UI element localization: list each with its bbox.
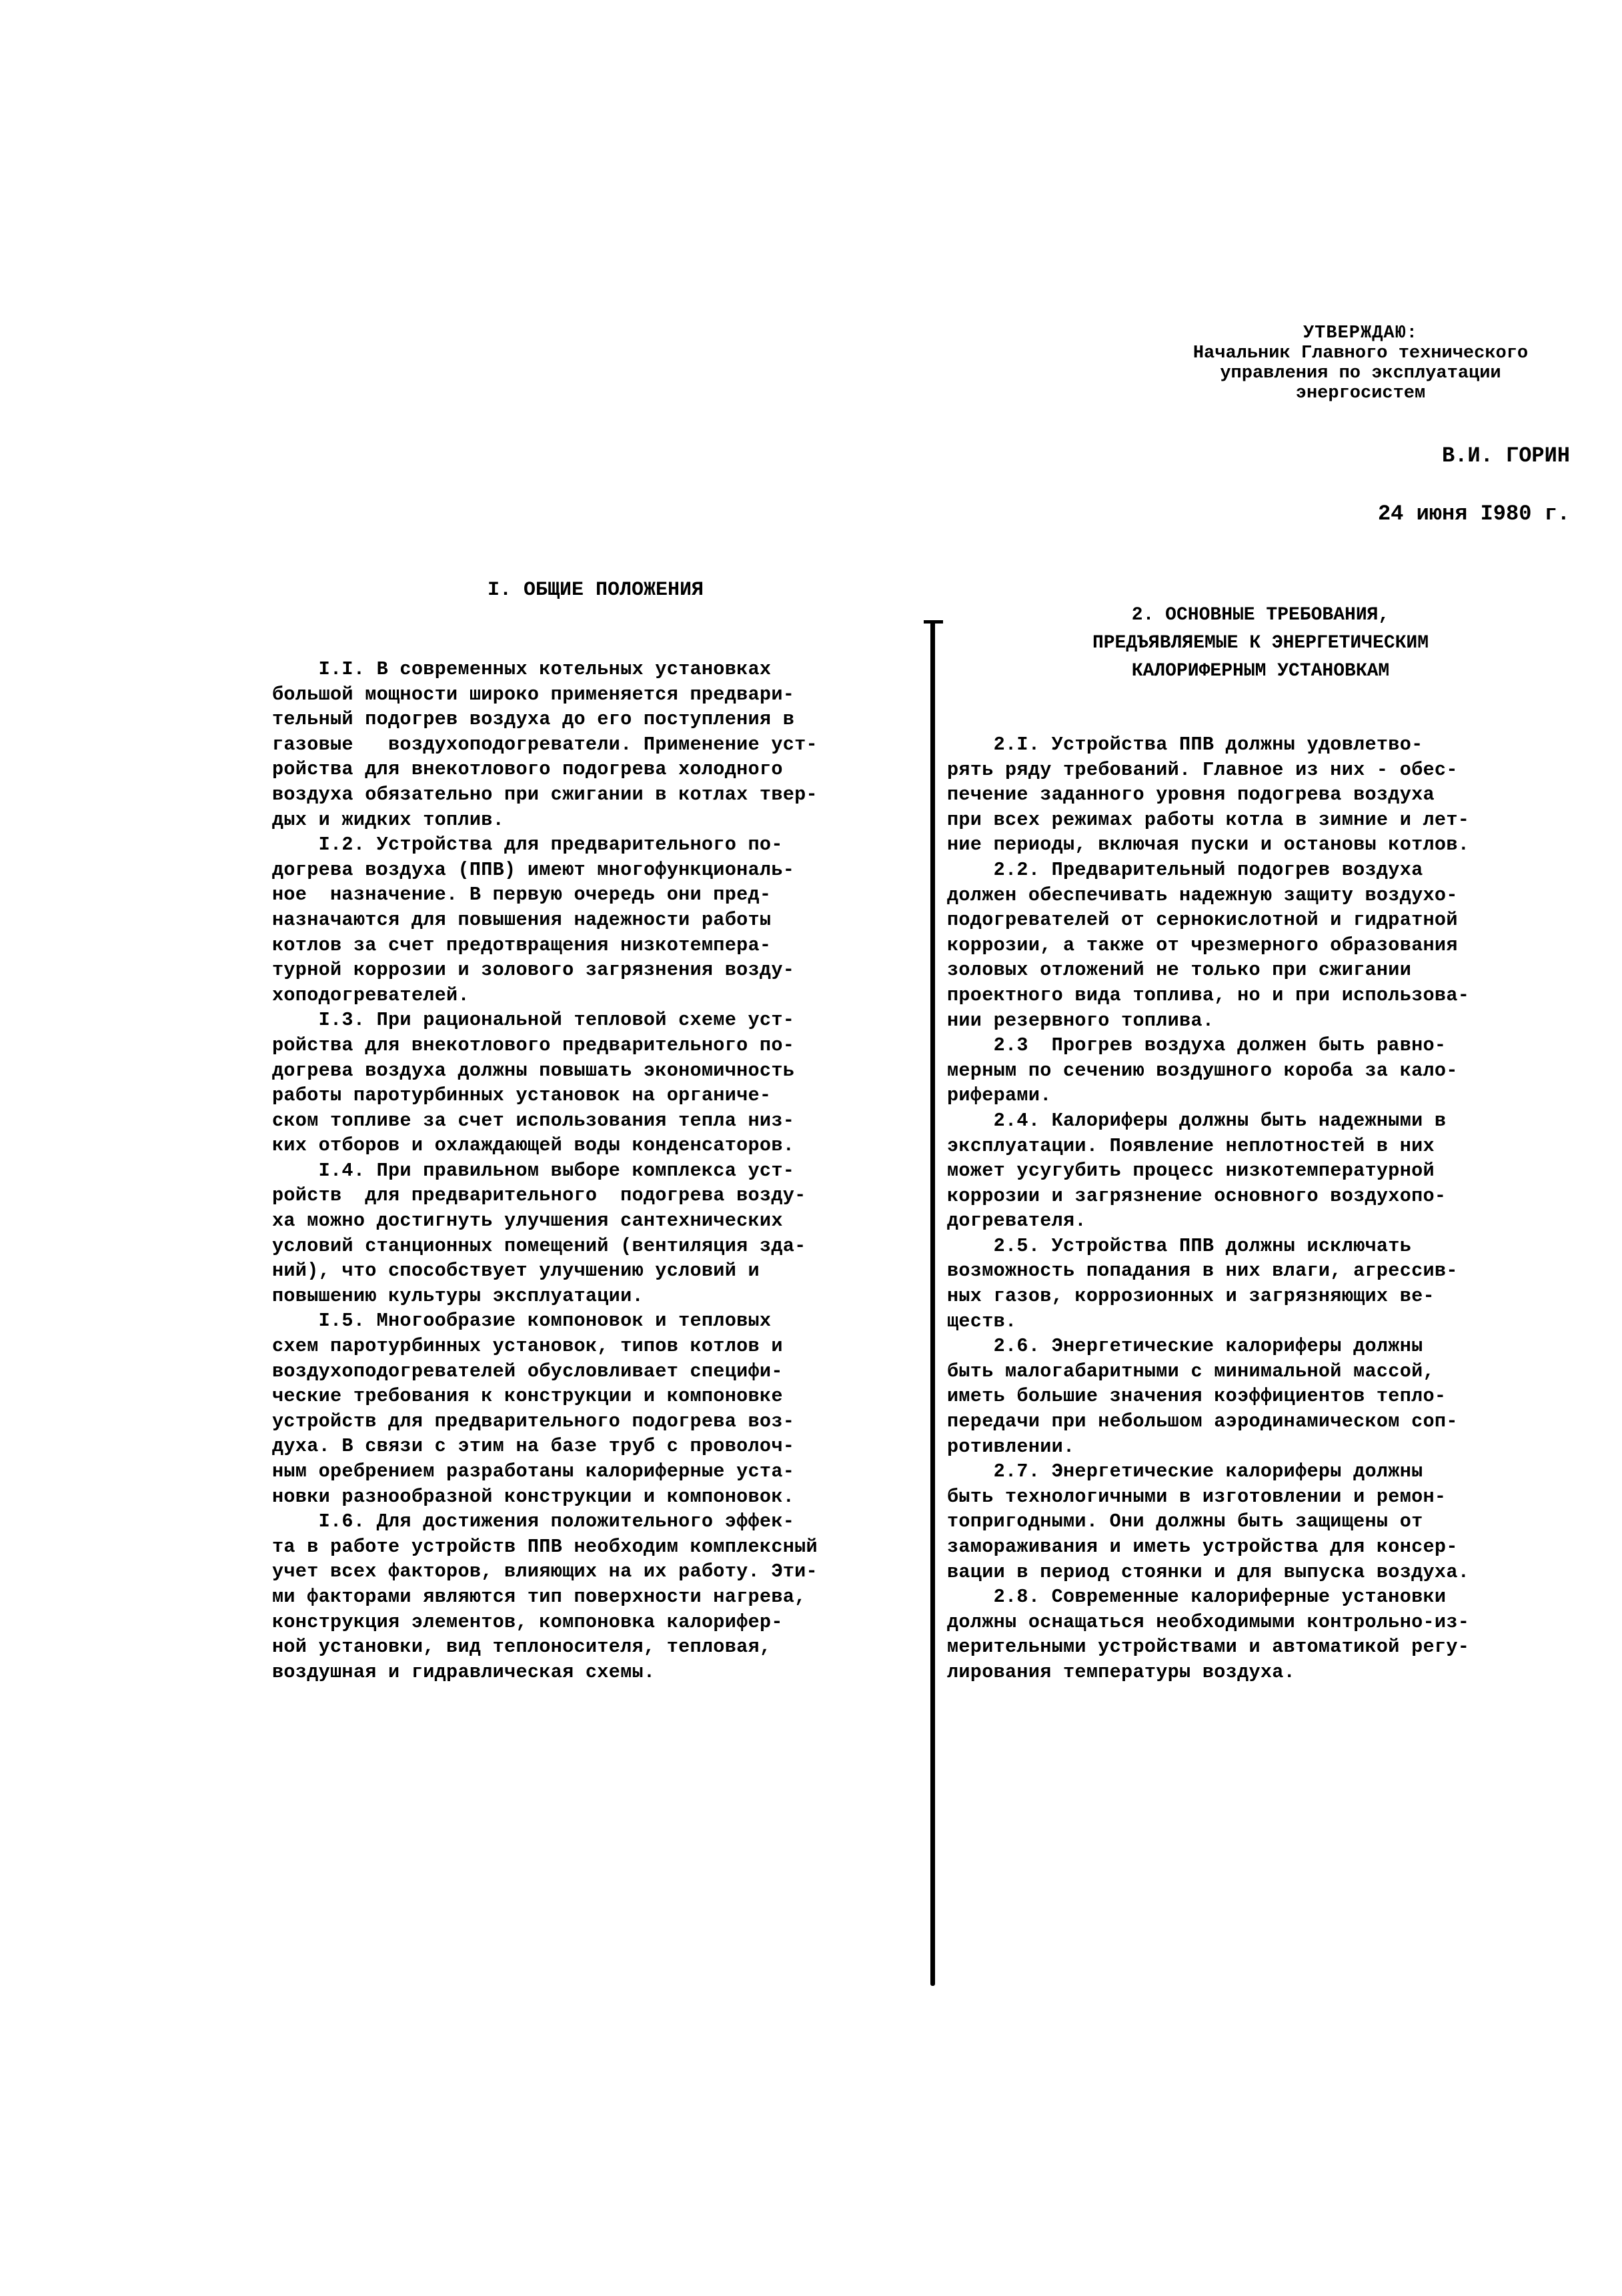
- paragraph-line: передачи при небольшом аэродинамическом …: [947, 1409, 1574, 1434]
- section-2-heading-line: ПРЕДЪЯВЛЯЕМЫЕ К ЭНЕРГЕТИЧЕСКИМ: [947, 630, 1574, 658]
- paragraph-line: условий станционных помещений (вентиляци…: [272, 1234, 919, 1259]
- section-2-body: 2.I. Устройства ППВ должны удовлетво-рят…: [947, 732, 1574, 1685]
- paragraph-line: I.I. В современных котельных установках: [272, 657, 919, 682]
- paragraph-line: коррозии, а также от чрезмерного образов…: [947, 933, 1574, 958]
- paragraph-line: схем паротурбинных установок, типов котл…: [272, 1334, 919, 1359]
- paragraph-I-4: I.4. При правильном выборе комплекса уст…: [272, 1158, 919, 1309]
- paragraph-line: ной установки, вид теплоносителя, теплов…: [272, 1634, 919, 1660]
- paragraph-line: мерительными устройствами и автоматикой …: [947, 1634, 1574, 1660]
- paragraph-line: воздухоподогревателей обусловливает спец…: [272, 1359, 919, 1384]
- paragraph-line: повышению культуры эксплуатации.: [272, 1284, 919, 1309]
- section-2-heading-line: КАЛОРИФЕРНЫМ УСТАНОВКАМ: [947, 658, 1574, 686]
- paragraph-line: турной коррозии и золового загрязнения в…: [272, 958, 919, 983]
- paragraph-line: при всех режимах работы котла в зимние и…: [947, 808, 1574, 833]
- section-2-heading-line: 2. ОСНОВНЫЕ ТРЕБОВАНИЯ,: [947, 602, 1574, 630]
- approver-position-line-3: энергосистем: [1134, 383, 1587, 403]
- paragraph-line: ха можно достигнуть улучшения сантехниче…: [272, 1208, 919, 1234]
- paragraph-line: большой мощности широко применяется пред…: [272, 682, 919, 708]
- paragraph-I-I: I.I. В современных котельных установкахб…: [272, 657, 919, 832]
- paragraph-line: ным оребрением разработаны калориферные …: [272, 1459, 919, 1484]
- paragraph-line: печение заданного уровня подогрева возду…: [947, 782, 1574, 808]
- paragraph-line: догрева воздуха (ППВ) имеют многофункцио…: [272, 858, 919, 883]
- paragraph-line: быть технологичными в изготовлении и рем…: [947, 1484, 1574, 1510]
- paragraph-line: I.5. Многообразие компоновок и тепловых: [272, 1308, 919, 1334]
- paragraph-2-5: 2.5. Устройства ППВ должны исключатьвозм…: [947, 1234, 1574, 1334]
- paragraph-2-8: 2.8. Современные калориферные установкид…: [947, 1584, 1574, 1684]
- paragraph-line: нии резервного топлива.: [947, 1008, 1574, 1034]
- paragraph-line: догревателя.: [947, 1208, 1574, 1234]
- section-1-heading: I. ОБЩИЕ ПОЛОЖЕНИЯ: [272, 579, 919, 602]
- paragraph-line: риферами.: [947, 1083, 1574, 1108]
- section-2-heading: 2. ОСНОВНЫЕ ТРЕБОВАНИЯ, ПРЕДЪЯВЛЯЕМЫЕ К …: [947, 602, 1574, 686]
- paragraph-line: 2.5. Устройства ППВ должны исключать: [947, 1234, 1574, 1259]
- paragraph-line: быть малогабаритными с минимальной массо…: [947, 1359, 1574, 1384]
- paragraph-line: иметь большие значения коэффициентов теп…: [947, 1384, 1574, 1409]
- paragraph-line: 2.3 Прогрев воздуха должен быть равно-: [947, 1033, 1574, 1058]
- paragraph-line: воздуха обязательно при сжигании в котла…: [272, 782, 919, 808]
- paragraph-line: устройств для предварительного подогрева…: [272, 1409, 919, 1434]
- paragraph-I-2: I.2. Устройства для предварительного по-…: [272, 832, 919, 1008]
- paragraph-line: I.2. Устройства для предварительного по-: [272, 832, 919, 858]
- paragraph-line: духа. В связи с этим на базе труб с пров…: [272, 1434, 919, 1459]
- paragraph-line: тельный подогрев воздуха до его поступле…: [272, 707, 919, 732]
- paragraph-line: 2.I. Устройства ППВ должны удовлетво-: [947, 732, 1574, 758]
- paragraph-line: конструкция элементов, компоновка калори…: [272, 1610, 919, 1635]
- column-divider: [930, 620, 935, 1986]
- paragraph-line: лирования температуры воздуха.: [947, 1660, 1574, 1685]
- paragraph-line: ройств для предварительного подогрева во…: [272, 1183, 919, 1208]
- paragraph-line: подогревателей от сернокислотной и гидра…: [947, 908, 1574, 933]
- paragraph-line: ротивлении.: [947, 1434, 1574, 1460]
- paragraph-line: ких отборов и охлаждающей воды конденсат…: [272, 1133, 919, 1158]
- paragraph-line: золовых отложений не только при сжигании: [947, 958, 1574, 983]
- approval-block: УТВЕРЖДАЮ: Начальник Главного техническо…: [1134, 323, 1587, 403]
- paragraph-line: 2.8. Современные калориферные установки: [947, 1584, 1574, 1610]
- paragraph-line: ний), что способствует улучшению условий…: [272, 1258, 919, 1284]
- paragraph-line: вации в период стоянки и для выпуска воз…: [947, 1560, 1574, 1585]
- paragraph-line: может усугубить процесс низкотемпературн…: [947, 1158, 1574, 1184]
- paragraph-line: дых и жидких топлив.: [272, 808, 919, 833]
- paragraph-line: I.3. При рациональной тепловой схеме уст…: [272, 1008, 919, 1033]
- paragraph-line: ное назначение. В первую очередь они пре…: [272, 882, 919, 908]
- paragraph-line: учет всех факторов, влияющих на их работ…: [272, 1559, 919, 1584]
- paragraph-line: ние периоды, включая пуски и остановы ко…: [947, 832, 1574, 858]
- paragraph-line: хоподогревателей.: [272, 983, 919, 1008]
- paragraph-2-2: 2.2. Предварительный подогрев воздухадол…: [947, 858, 1574, 1033]
- approver-position-line-1: Начальник Главного технического: [1134, 343, 1587, 363]
- paragraph-2-6: 2.6. Энергетические калориферы должныбыт…: [947, 1334, 1574, 1459]
- paragraph-line: газовые воздухоподогреватели. Применение…: [272, 732, 919, 758]
- paragraph-line: котлов за счет предотвращения низкотемпе…: [272, 933, 919, 958]
- paragraph-line: замораживания и иметь устройства для кон…: [947, 1534, 1574, 1560]
- paragraph-line: ском топливе за счет использования тепла…: [272, 1108, 919, 1134]
- paragraph-line: I.4. При правильном выборе комплекса уст…: [272, 1158, 919, 1184]
- paragraph-line: ческие требования к конструкции и компон…: [272, 1384, 919, 1409]
- paragraph-2-3: 2.3 Прогрев воздуха должен быть равно-ме…: [947, 1033, 1574, 1108]
- paragraph-line: ных газов, коррозионных и загрязняющих в…: [947, 1284, 1574, 1309]
- approver-position-line-2: управления по эксплуатации: [1134, 363, 1587, 383]
- approval-date: 24 июня I980 г.: [1378, 501, 1570, 526]
- paragraph-line: новки разнообразной конструкции и компон…: [272, 1484, 919, 1510]
- paragraph-line: проектного вида топлива, но и при исполь…: [947, 983, 1574, 1008]
- paragraph-line: рять ряду требований. Главное из них - о…: [947, 758, 1574, 783]
- paragraph-I-5: I.5. Многообразие компоновок и тепловыхс…: [272, 1308, 919, 1509]
- paragraph-line: I.6. Для достижения положительного эффек…: [272, 1509, 919, 1534]
- paragraph-line: 2.2. Предварительный подогрев воздуха: [947, 858, 1574, 883]
- paragraph-line: ми факторами являются тип поверхности на…: [272, 1584, 919, 1610]
- paragraph-I-6: I.6. Для достижения положительного эффек…: [272, 1509, 919, 1684]
- paragraph-line: назначаются для повышения надежности раб…: [272, 908, 919, 933]
- approver-name: В.И. ГОРИН: [1442, 443, 1570, 468]
- paragraph-2-7: 2.7. Энергетические калориферы должныбыт…: [947, 1459, 1574, 1584]
- approval-stamp: УТВЕРЖДАЮ:: [1134, 323, 1587, 343]
- section-1-body: I.I. В современных котельных установкахб…: [272, 657, 919, 1684]
- paragraph-line: догрева воздуха должны повышать экономич…: [272, 1058, 919, 1084]
- paragraph-line: ществ.: [947, 1309, 1574, 1334]
- paragraph-line: ройства для внекотлового предварительног…: [272, 1033, 919, 1058]
- paragraph-line: воздушная и гидравлическая схемы.: [272, 1660, 919, 1685]
- document-page: УТВЕРЖДАЮ: Начальник Главного техническо…: [0, 0, 1622, 2296]
- paragraph-line: возможность попадания в них влаги, агрес…: [947, 1258, 1574, 1284]
- paragraph-2-4: 2.4. Калориферы должны быть надежными вэ…: [947, 1108, 1574, 1234]
- paragraph-line: должен обеспечивать надежную защиту возд…: [947, 883, 1574, 908]
- paragraph-line: должны оснащаться необходимыми контрольн…: [947, 1610, 1574, 1635]
- paragraph-2-I: 2.I. Устройства ППВ должны удовлетво-рят…: [947, 732, 1574, 858]
- paragraph-line: 2.4. Калориферы должны быть надежными в: [947, 1108, 1574, 1134]
- paragraph-line: мерным по сечению воздушного короба за к…: [947, 1058, 1574, 1084]
- paragraph-line: 2.7. Энергетические калориферы должны: [947, 1459, 1574, 1484]
- paragraph-line: коррозии и загрязнение основного воздухо…: [947, 1184, 1574, 1209]
- paragraph-line: 2.6. Энергетические калориферы должны: [947, 1334, 1574, 1359]
- paragraph-line: работы паротурбинных установок на органи…: [272, 1083, 919, 1108]
- paragraph-line: топригодными. Они должны быть защищены о…: [947, 1509, 1574, 1534]
- paragraph-line: эксплуатации. Появление неплотностей в н…: [947, 1134, 1574, 1159]
- paragraph-line: ройства для внекотлового подогрева холод…: [272, 757, 919, 782]
- paragraph-I-3: I.3. При рациональной тепловой схеме уст…: [272, 1008, 919, 1158]
- paragraph-line: та в работе устройств ППВ необходим комп…: [272, 1534, 919, 1560]
